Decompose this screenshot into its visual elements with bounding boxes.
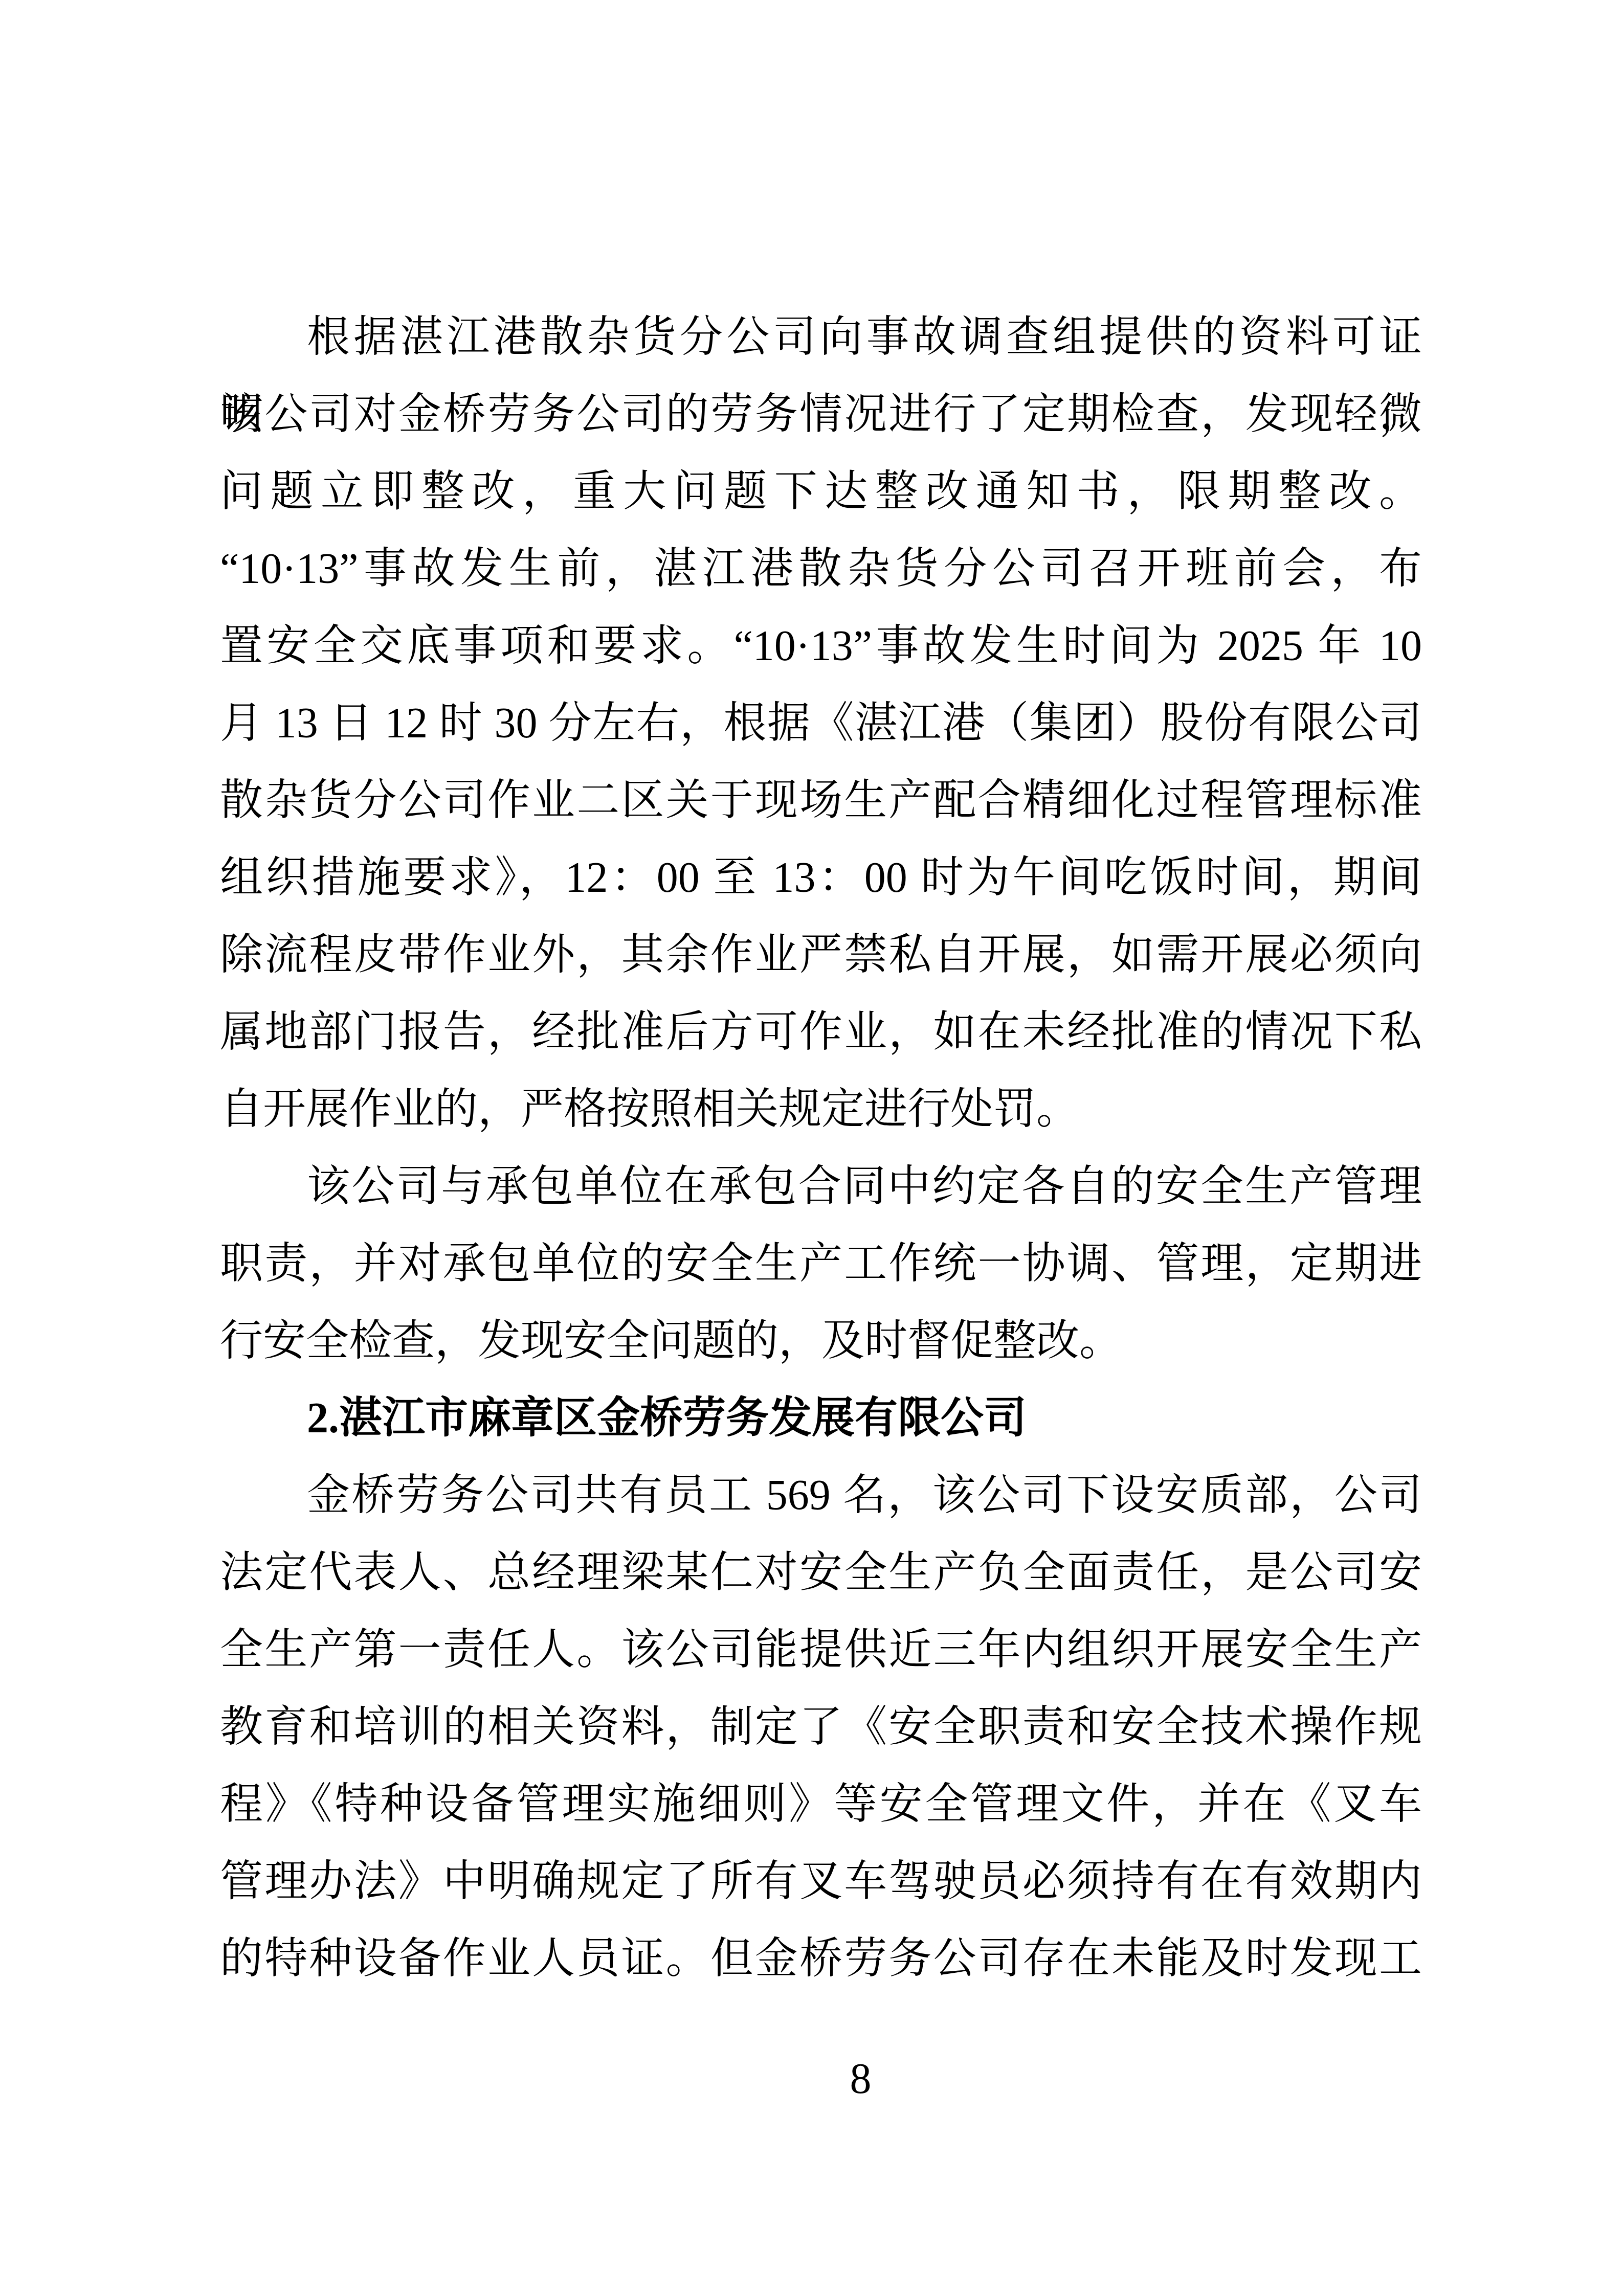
text-line: “10·13”事故发生前，湛江港散杂货分公司召开班前会，布 (220, 530, 1422, 607)
text-line: 该公司对金桥劳务公司的劳务情况进行了定期检查，发现轻微 (220, 376, 1422, 453)
text-line: 的特种设备作业人员证。但金桥劳务公司存在未能及时发现工 (220, 1920, 1422, 1997)
text-line: 散杂货分公司作业二区关于现场生产配合精细化过程管理标准 (220, 762, 1422, 839)
text-line: 自开展作业的，严格按照相关规定进行处罚。 (220, 1071, 1422, 1148)
page-number: 8 (850, 2055, 872, 2103)
text-line: 组织措施要求》，12：00 至 13：00 时为午间吃饭时间，期间 (220, 839, 1422, 916)
text-line: 金桥劳务公司共有员工 569 名，该公司下设安质部，公司 (220, 1457, 1422, 1534)
text-line: 教育和培训的相关资料，制定了《安全职责和安全技术操作规 (220, 1689, 1422, 1766)
heading-line: 2.湛江市麻章区金桥劳务发展有限公司 (220, 1380, 1422, 1457)
text-line: 问题立即整改，重大问题下达整改通知书，限期整改。 (220, 453, 1422, 530)
text-line: 法定代表人、总经理梁某仁对安全生产负全面责任，是公司安 (220, 1534, 1422, 1611)
page-footer: 8 (0, 2049, 1624, 2110)
text-line: 全生产第一责任人。该公司能提供近三年内组织开展安全生产 (220, 1611, 1422, 1689)
text-line: 程》《特种设备管理实施细则》等安全管理文件，并在《叉车 (220, 1766, 1422, 1843)
document-body: 根据湛江港散杂货分公司向事故调查组提供的资料可证明，该公司对金桥劳务公司的劳务情… (220, 299, 1422, 1997)
text-line: 月 13 日 12 时 30 分左右，根据《湛江港（集团）股份有限公司 (220, 685, 1422, 762)
text-line: 除流程皮带作业外，其余作业严禁私自开展，如需开展必须向 (220, 916, 1422, 994)
text-line: 置安全交底事项和要求。“10·13”事故发生时间为 2025 年 10 (220, 607, 1422, 685)
document-page: 根据湛江港散杂货分公司向事故调查组提供的资料可证明，该公司对金桥劳务公司的劳务情… (0, 0, 1624, 2296)
text-line: 行安全检查，发现安全问题的，及时督促整改。 (220, 1302, 1422, 1380)
text-line: 根据湛江港散杂货分公司向事故调查组提供的资料可证明， (220, 299, 1422, 376)
text-line: 职责，并对承包单位的安全生产工作统一协调、管理，定期进 (220, 1225, 1422, 1302)
text-line: 该公司与承包单位在承包合同中约定各自的安全生产管理 (220, 1148, 1422, 1225)
text-line: 管理办法》中明确规定了所有叉车驾驶员必须持有在有效期内 (220, 1843, 1422, 1920)
text-line: 属地部门报告，经批准后方可作业，如在未经批准的情况下私 (220, 994, 1422, 1071)
